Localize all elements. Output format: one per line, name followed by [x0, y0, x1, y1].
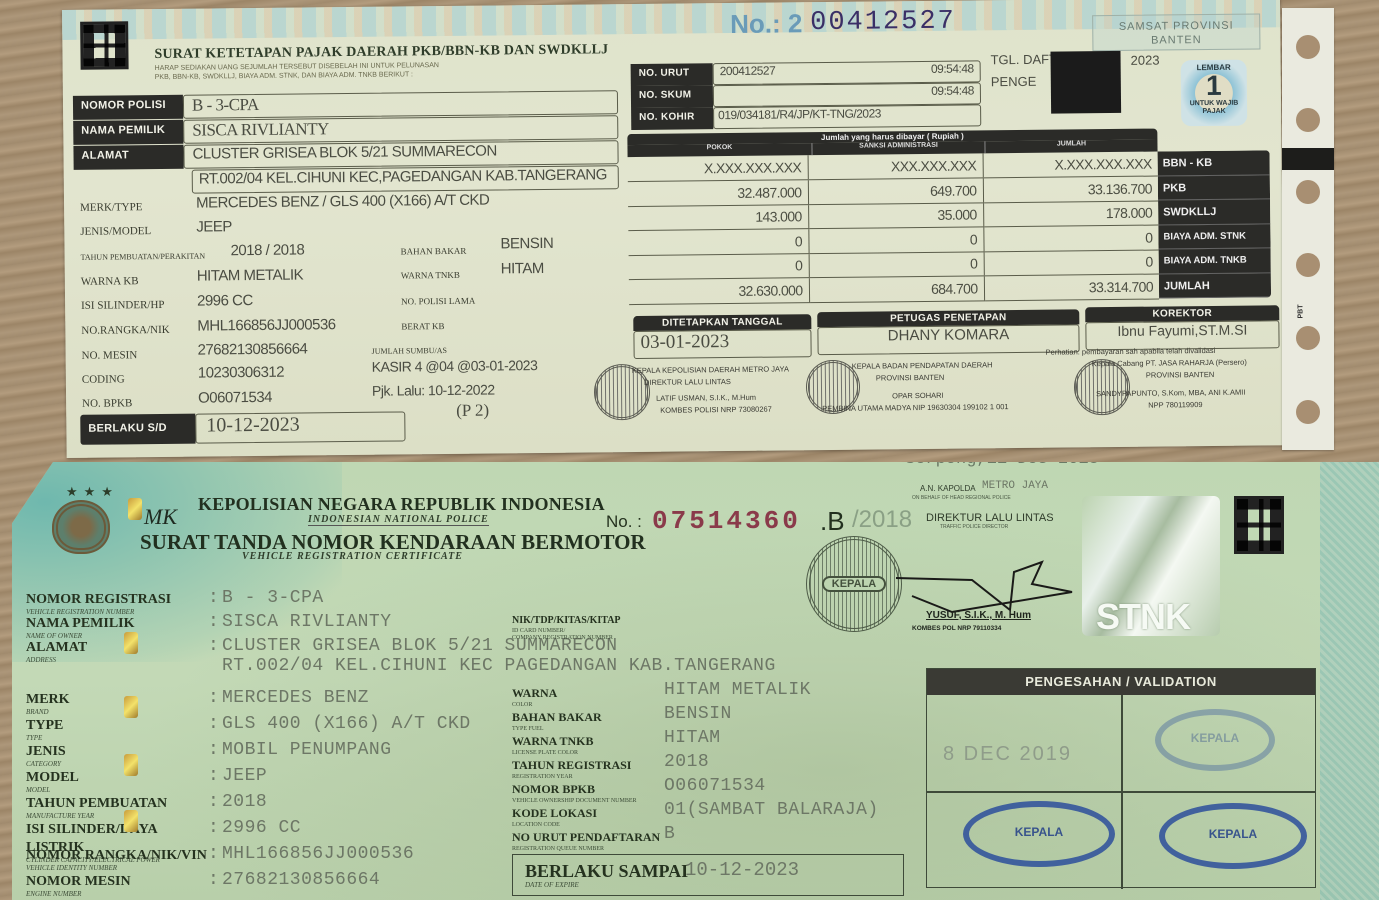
no-kohir-value: 019/034181/R4/JP/KT-TNG/2023: [713, 104, 981, 129]
payment-cell: 0: [629, 253, 809, 279]
payment-cell: 0: [984, 250, 1159, 276]
field-label: TAHUN PEMBUATAN: [26, 796, 167, 811]
certificate-title-en: VEHICLE REGISTRATION CERTIFICATE: [242, 551, 463, 562]
no-mesin-value: 27682130856664: [197, 340, 307, 358]
hologram-text: STNK: [1096, 596, 1190, 638]
tgl-daftar-value: 2023: [1131, 53, 1160, 68]
field-label-block: NOMOR BPKBVEHICLE OWNERSHIP DOCUMENT NUM…: [512, 780, 662, 805]
coding-value: 10230306312: [198, 364, 284, 382]
petugas-value: DHANY KOMARA: [817, 324, 1079, 355]
field-value: 27682130856664: [222, 870, 380, 890]
payment-cell: 33.136.700: [983, 176, 1158, 202]
kepala-stamp-text: KEPALA: [822, 576, 886, 592]
payment-row-label: BIAYA ADM. TNKB: [1159, 248, 1271, 274]
field-label: WARNA: [512, 686, 557, 700]
nik-sub1: ID CARD NUMBER/: [512, 628, 621, 635]
direktur-en-label: TRAFFIC POLICE DIRECTOR: [940, 524, 1008, 530]
field-value: SISCA RIVLIANTY: [222, 612, 392, 632]
field-value: GLS 400 (X166) A/T CKD: [222, 714, 471, 734]
hologram-dot-icon: [124, 632, 138, 654]
cert-number-label: No. :: [606, 512, 642, 532]
sig3-subtitle: PROVINSI BANTEN: [1146, 370, 1214, 380]
sig3-title: Kepala Cabang PT. JASA RAHARJA (Persero): [1092, 358, 1247, 369]
payment-cell: 649.700: [808, 178, 983, 204]
cert-number-suffix: .B: [820, 506, 845, 537]
sig2-subtitle: PROVINSI BANTEN: [876, 373, 944, 383]
perforation-hole: [1296, 253, 1320, 277]
field-label-block: JENISCATEGORY: [26, 742, 211, 768]
jumlah-sumbu-label: JUMLAH SUMBU/AS: [372, 346, 447, 356]
korektor-box: KOREKTOR Ibnu Fayumi,ST.M.SI: [1085, 305, 1279, 350]
lembar-badge: LEMBAR 1 UNTUK WAJIB PAJAK: [1181, 60, 1248, 127]
field-label-block: ALAMATADDRESS: [26, 638, 211, 664]
field-label: BAHAN BAKAR: [512, 710, 602, 724]
kepala-stamp-blue-2: KEPALA: [1159, 803, 1307, 869]
sig1-title: KEPALA KEPOLISIAN DAERAH METRO JAYA: [632, 364, 789, 375]
kasir-info: KASIR 4 @04 @03-01-2023: [372, 357, 538, 375]
receipt-number: 00412527: [810, 7, 956, 39]
no-bpkb-value: O06071534: [198, 389, 272, 407]
field-value: BENSIN: [664, 704, 732, 724]
berlaku-sampai-sub: DATE OF EXPIRE: [525, 881, 579, 889]
sig2-name: OPAR SOHARI: [892, 391, 944, 401]
field-label: MODEL: [26, 770, 79, 785]
berlaku-sampai-label: BERLAKU SAMPAI: [525, 861, 688, 882]
payment-cell: 35.000: [808, 202, 983, 228]
lembar-purpose: UNTUK WAJIB PAJAK: [1181, 100, 1247, 117]
field-label-block: TAHUN REGISTRASIREGISTRATION YEAR: [512, 756, 662, 781]
field-label: TYPE: [26, 718, 63, 733]
no-urut-label: NO. URUT: [631, 63, 713, 86]
payment-cell: 0: [983, 225, 1158, 251]
field-label-en: ADDRESS: [26, 656, 211, 664]
sig1-nrp: KOMBES POLISI NRP 73080267: [660, 405, 772, 415]
payment-cell: X.XXX.XXX.XXX: [983, 152, 1158, 178]
field-value: HITAM: [664, 728, 721, 748]
sig1-subtitle: DIREKTUR LALU LINTAS: [644, 377, 731, 387]
samsat-provinsi-stamp: SAMSAT PROVINSI BANTEN: [1092, 13, 1260, 51]
no-rangka-value: MHL166856JJ000536: [197, 316, 335, 334]
nama-pemilik-label: NAMA PEMILIK: [73, 120, 183, 145]
registration-numbers-block: NO. URUT 200412527 09:54:48 NO. SKUM 09:…: [631, 60, 982, 130]
payment-row-label: JUMLAH: [1159, 273, 1271, 299]
no-polisi-lama-label: NO. POLISI LAMA: [401, 296, 475, 307]
hologram-sticker-icon: [128, 498, 142, 520]
payment-row: 32.630.000684.70033.314.700: [629, 274, 1159, 304]
field-value: B - 3-CPA: [222, 588, 324, 608]
qr-code-icon: [80, 21, 129, 70]
field-label-block: KODE LOKASILOCATION CODE: [512, 804, 662, 829]
field-label-en: ENGINE NUMBER: [26, 890, 211, 898]
no-skum-label: NO. SKUM: [631, 85, 713, 108]
direktur-label: DIREKTUR LALU LINTAS: [926, 512, 1054, 524]
identity-row: RT.002/04 KEL.CIHUNI KEC,PAGEDANGAN KAB.…: [74, 165, 619, 195]
jenis-model-label: JENIS/MODEL: [80, 225, 151, 238]
sig3-name: SANDYPAPUNTO, S.Kom, MBA, ANI K.AMII: [1096, 388, 1245, 399]
payment-cell: 0: [808, 227, 983, 253]
payment-cell: 32.487.000: [628, 180, 808, 206]
field-value: B: [664, 824, 675, 844]
field-value: 2018: [664, 752, 709, 772]
stars-icon: ★★★: [66, 484, 119, 500]
validation-date-stamp: 8 DEC 2019: [943, 743, 1072, 766]
police-emblem-icon: [52, 500, 110, 554]
org-title-en: INDONESIAN NATIONAL POLICE: [308, 514, 489, 526]
payment-cell: 32.630.000: [629, 278, 809, 304]
vehicle-registration-certificate: ★★★ MK KEPOLISIAN NEGARA REPUBLIK INDONE…: [12, 462, 1379, 900]
warna-kb-label: WARNA KB: [81, 275, 139, 288]
field-label-en: MANUFACTURE YEAR: [26, 812, 211, 820]
field-label-block: BAHAN BAKARTYPE FUEL: [512, 708, 662, 733]
validation-title: PENGESAHAN / VALIDATION: [927, 669, 1315, 695]
field-label-en: REGISTRATION QUEUE NUMBER: [512, 846, 662, 853]
stnk-address-line2: RT.002/04 KEL.CIHUNI KEC PAGEDANGAN KAB.…: [222, 656, 776, 676]
field-label-block: WARNACOLOR: [512, 684, 662, 709]
hologram-dot-icon: [124, 754, 138, 776]
field-value: MOBIL PENUMPANG: [222, 740, 392, 760]
sig2-title: KEPALA BADAN PENDAPATAN DAERAH: [852, 360, 993, 370]
alamat-value: CLUSTER GRISEA BLOK 5/21 SUMMARECON: [183, 140, 618, 169]
payment-cell: 143.000: [628, 204, 808, 230]
berlaku-sampai-box: BERLAKU SAMPAI DATE OF EXPIRE 10-12-2023: [512, 854, 904, 896]
payment-table: X.XXX.XXX.XXXXXX.XXX.XXXX.XXX.XXX.XXX32.…: [628, 152, 1160, 305]
receipt-subtitle-2: PKB, BBN-KB, SWDKLLJ, BIAYA ADM. STNK, D…: [155, 70, 413, 82]
qr-code-icon: [1234, 496, 1284, 554]
pajak-lalu: Pjk. Lalu: 10-12-2022: [372, 381, 495, 398]
isi-silinder-label: ISI SILINDER/HP: [81, 299, 165, 312]
ditetapkan-value: 03-01-2023: [633, 329, 811, 359]
receipt-title: SURAT KETETAPAN PAJAK DAERAH PKB/BBN-KB …: [154, 42, 608, 63]
field-label: WARNA TNKB: [512, 734, 593, 748]
hologram-dot-icon: [124, 810, 138, 832]
isi-silinder-value: 2996 CC: [197, 292, 253, 310]
field-label: MERK: [26, 692, 70, 707]
perforation-hole: [1296, 108, 1320, 132]
field-label-en: CATEGORY: [26, 760, 211, 768]
perforated-tear-strip: PBT: [1282, 8, 1334, 450]
no-kohir-row: NO. KOHIR 019/034181/R4/JP/KT-TNG/2023: [631, 104, 981, 130]
issue-place-date: Serpong,11 Des 2018: [905, 450, 1099, 469]
pengesahan-label: PENGE: [991, 74, 1037, 89]
receipt-number-prefix: No.: 2: [730, 8, 803, 40]
lembar-number: 1: [1181, 72, 1247, 101]
redaction-block: [1050, 51, 1121, 114]
field-label-en: BRAND: [26, 708, 211, 716]
faded-kepala-stamp: KEPALA: [1155, 709, 1275, 771]
perforation-hole: [1296, 35, 1320, 59]
nik-label-block: NIK/TDP/KITAS/KITAP ID CARD NUMBER/ COMP…: [512, 610, 621, 642]
field-label-en: MODEL: [26, 786, 211, 794]
field-label: NO URUT PENDAFTARAN: [512, 830, 660, 844]
field-value: MHL166856JJ000536: [222, 844, 414, 864]
field-label: NOMOR REGISTRASI: [26, 592, 171, 607]
warna-kb-value: HITAM METALIK: [197, 266, 303, 284]
perforation-hole: [1296, 180, 1320, 204]
nik-label: NIK/TDP/KITAS/KITAP: [512, 615, 621, 626]
cert-number: 07514360: [652, 506, 801, 536]
field-label: KODE LOKASI: [512, 806, 597, 820]
signer-nrp: KOMBES POL NRP 79110334: [912, 625, 1001, 632]
field-label: ALAMAT: [26, 640, 87, 655]
field-label: NOMOR MESIN: [26, 874, 131, 889]
nomor-polisi-label: NOMOR POLISI: [73, 95, 183, 120]
ditetapkan-box: DITETAPKAN TANGGAL 03-01-2023: [633, 314, 811, 359]
signer-name: YUSUF, S.I.K., M. Hum: [926, 610, 1031, 621]
alamat-label: ALAMAT: [73, 145, 183, 170]
no-bpkb-label: NO. BPKB: [82, 397, 132, 410]
payment-row-label: PKB: [1158, 175, 1270, 201]
field-label-block: NOMOR REGISTRASIVEHICLE REGISTRATION NUM…: [26, 590, 211, 616]
petugas-box: PETUGAS PENETAPAN DHANY KOMARA: [817, 309, 1079, 355]
p2-code: (P 2): [456, 401, 489, 421]
no-rangka-label: NO.RANGKA/NIK: [81, 324, 169, 337]
payment-row-label: BIAYA ADM. STNK: [1158, 224, 1270, 250]
payment-cell: 0: [628, 229, 808, 255]
payment-cell: 178.000: [983, 201, 1158, 227]
field-label-en: VEHICLE IDENTITY NUMBER: [26, 864, 211, 872]
no-urut-time: 09:54:48: [931, 61, 974, 81]
payment-cell: 0: [809, 251, 984, 277]
warna-tnkb-label: WARNA TNKB: [401, 270, 460, 281]
sig3-npp: NPP 780119909: [1148, 400, 1202, 410]
warna-tnkb-value: HITAM: [501, 260, 544, 277]
handwritten-initials: MK: [144, 504, 177, 530]
sig1-name: LATIF USMAN, S.I.K., M.Hum: [656, 393, 756, 403]
field-value: 2018: [222, 792, 267, 812]
no-mesin-label: NO. MESIN: [82, 349, 138, 362]
bahan-bakar-value: BENSIN: [500, 235, 553, 253]
field-label-block: NAMA PEMILIKNAME OF OWNER: [26, 614, 211, 640]
pbt-label: PBT: [1298, 305, 1305, 319]
field-label-block: NO URUT PENDAFTARANREGISTRATION QUEUE NU…: [512, 828, 662, 853]
payment-row-label: SWDKLLJ: [1158, 199, 1270, 225]
field-value: JEEP: [222, 766, 267, 786]
nama-pemilik-value: SISCA RIVLIANTY: [183, 115, 618, 144]
an-kapolda-label: A.N. KAPOLDA: [920, 484, 976, 493]
field-label-block: TYPETYPE: [26, 716, 211, 742]
decorative-guilloche-edge: [1320, 462, 1379, 900]
tahun-pembuatan-label: TAHUN PEMBUATAN/PERAKITAN: [81, 252, 206, 262]
berlaku-sd-value: 10-12-2023: [195, 411, 405, 443]
tax-assessment-receipt: SURAT KETETAPAN PAJAK DAERAH PKB/BBN-KB …: [62, 0, 1285, 458]
cert-number-year: /2018: [852, 506, 912, 534]
alamat-line2-value: RT.002/04 KEL.CIHUNI KEC,PAGEDANGAN KAB.…: [192, 165, 619, 193]
no-kohir-label: NO. KOHIR: [631, 107, 713, 130]
payment-row-label: BBN - KB: [1158, 150, 1270, 176]
field-label-block: WARNA TNKBLICENSE PLATE COLOR: [512, 732, 662, 757]
kepala-stamp-blue-1: KEPALA: [963, 801, 1115, 867]
field-value: 01(SAMBAT BALARAJA): [664, 800, 879, 820]
berat-kb-label: BERAT KB: [401, 321, 444, 331]
field-label: TAHUN REGISTRASI: [512, 758, 631, 772]
org-title: KEPOLISIAN NEGARA REPUBLIK INDONESIA: [198, 494, 605, 515]
validation-grid: PENGESAHAN / VALIDATION 8 DEC 2019 KEPAL…: [926, 668, 1316, 888]
field-label-block: TAHUN PEMBUATANMANUFACTURE YEAR: [26, 794, 211, 820]
field-value: O06071534: [664, 776, 766, 796]
perforation-hole: [1296, 326, 1320, 350]
berlaku-sd-label: BERLAKU S/D: [80, 414, 195, 445]
berlaku-sd-row: BERLAKU S/D 10-12-2023: [80, 411, 405, 444]
field-label: NOMOR RANGKA/NIK/VIN: [26, 848, 207, 863]
hologram-dot-icon: [124, 696, 138, 718]
field-label: NAMA PEMILIK: [26, 616, 135, 631]
payment-cell: 33.314.700: [984, 274, 1159, 300]
no-urut-value: 200412527: [720, 64, 776, 85]
field-label-block: NOMOR RANGKA/NIK/VINVEHICLE IDENTITY NUM…: [26, 846, 211, 872]
validation-note: Perhatian: pembayaran sah apabila telah …: [1046, 346, 1216, 357]
metro-jaya-label: METRO JAYA: [982, 480, 1048, 492]
sig2-nip: PEMBINA UTAMA MADYA NIP 19630304 199102 …: [822, 402, 1008, 413]
bahan-bakar-label: BAHAN BAKAR: [400, 246, 466, 257]
merk-type-value: MERCEDES BENZ / GLS 400 (X166) A/T CKD: [196, 192, 489, 212]
merk-type-label: MERK/TYPE: [80, 201, 142, 214]
perforation-hole: [1296, 400, 1320, 424]
on-behalf-label: ON BEHALF OF HEAD REGIONAL POLICE: [912, 495, 1011, 501]
no-skum-time: 09:54:48: [931, 83, 974, 103]
payment-cell: X.XXX.XXX.XXX: [628, 155, 808, 181]
field-value: MERCEDES BENZ: [222, 688, 369, 708]
field-label-block: MERKBRAND: [26, 690, 211, 716]
jenis-model-value: JEEP: [196, 218, 232, 235]
owner-identity-block: NOMOR POLISI B - 3-CPA NAMA PEMILIK SISC…: [73, 90, 619, 195]
field-label-block: MODELMODEL: [26, 768, 211, 794]
payment-cell: XXX.XXX.XXX: [808, 153, 983, 179]
black-marker-bar: [1282, 148, 1334, 170]
field-label-en: TYPE: [26, 734, 211, 742]
kepala-stamp-icon: KEPALA: [806, 536, 902, 632]
field-value: 2996 CC: [222, 818, 301, 838]
field-label-block: NOMOR MESINENGINE NUMBER: [26, 872, 211, 898]
berlaku-sampai-value: 10-12-2023: [685, 859, 799, 881]
payment-row-labels: BBN - KBPKBSWDKLLJBIAYA ADM. STNKBIAYA A…: [1158, 150, 1272, 298]
field-label: NOMOR BPKB: [512, 782, 595, 796]
payment-cell: 684.700: [809, 276, 984, 302]
nik-sub2: COMPANY REGISTRATION NUMBER: [512, 635, 621, 642]
coding-label: CODING: [82, 373, 125, 385]
stnk-hologram: STNK: [1082, 496, 1220, 636]
field-value: HITAM METALIK: [664, 680, 811, 700]
nomor-polisi-value: B - 3-CPA: [183, 90, 618, 119]
tahun-pembuatan-value: 2018 / 2018: [230, 241, 304, 259]
field-label: JENIS: [26, 744, 66, 759]
